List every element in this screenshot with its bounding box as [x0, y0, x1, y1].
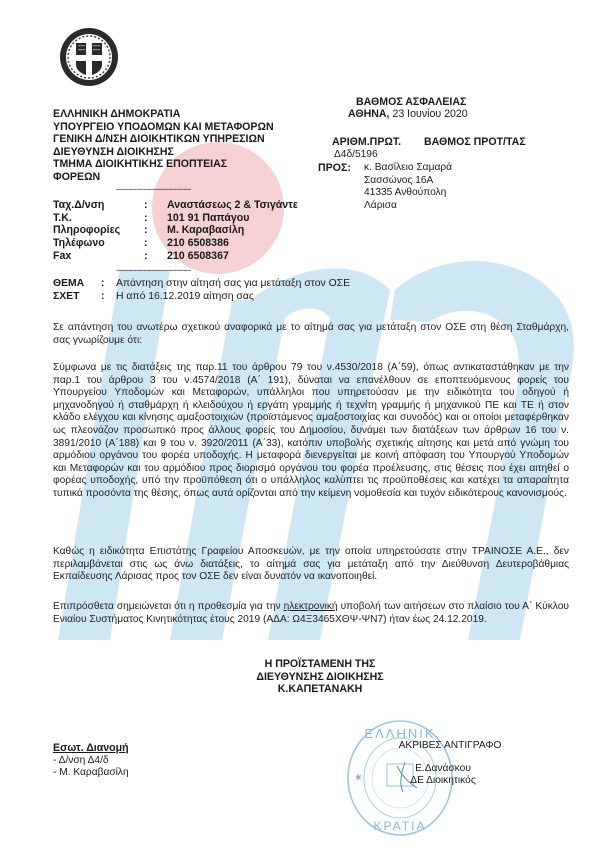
coat-of-arms-icon	[58, 26, 120, 88]
certified-copy-title: ΑΚΡΙΒΕΣ ΑΝΤΙΓΡΑΦΟ	[370, 740, 530, 753]
org-line: ΔΙΕΥΘΥΝΣΗ ΔΙΟΙΚΗΣΗΣ	[53, 146, 274, 159]
place-date: ΑΘΗΝΑ, 23 Ιουνίου 2020	[348, 108, 468, 121]
certified-copy-block: ΑΚΡΙΒΕΣ ΑΝΤΙΓΡΑΦΟ Ε.Δανάσκου ΔΕ Διοικητι…	[370, 740, 530, 788]
contact-info: Ταχ.Δ/νση : Αναστάσεως 2 & Τσιγάντε Τ.Κ.…	[53, 199, 298, 263]
contact-row-info: Πληροφορίες : Μ. Καραβασίλη	[53, 224, 298, 237]
svg-text:ΕΛΛΗΝΙΚ: ΕΛΛΗΝΙΚ	[364, 726, 435, 741]
place: ΑΘΗΝΑ,	[348, 108, 390, 120]
contact-label: Ταχ.Δ/νση	[53, 199, 144, 212]
subject-reference-value: Η από 16.12.2019 αίτηση σας	[116, 291, 254, 304]
signature-line: ΔΙΕΥΘΥΝΣΗΣ ΔΙΟΙΚΗΣΗΣ	[180, 671, 460, 684]
contact-value: 210 6508386	[167, 237, 229, 250]
contact-value: 101 91 Παπάγου	[167, 212, 249, 225]
contact-row-postcode: Τ.Κ. : 101 91 Παπάγου	[53, 212, 298, 225]
org-line: ΓΕΝΙΚΗ Δ/ΝΣΗ ΔΙΟΙΚΗΤΙΚΩΝ ΥΠΗΡΕΣΙΩΝ	[53, 133, 274, 146]
contact-label: Τ.Κ.	[53, 212, 144, 225]
contact-row-fax: Fax : 210 6508367	[53, 250, 298, 263]
distribution-item: - Δ/νση Δ4/δ	[53, 755, 129, 768]
distribution-title: Εσωτ. Διανομή	[53, 742, 129, 755]
underlined-electronic: ηλεκτρονική	[284, 601, 338, 612]
contact-divider: ------------------------------	[116, 265, 191, 275]
internal-distribution: Εσωτ. Διανομή - Δ/νση Δ4/δ - Μ. Καραβασί…	[53, 742, 129, 780]
signature-line: Κ.ΚΑΠΕΤΑΝΑΚΗ	[180, 683, 460, 696]
body-paragraph-1: Σε απάντηση του ανωτέρω σχετικού αναφορι…	[53, 322, 569, 347]
subject-theme: ΘΕΜΑ : Απάντηση στην αίτησή σας για μετά…	[53, 278, 350, 291]
header-divider: ------------------------------	[116, 184, 191, 194]
recipient-line: Σασσώνος 16Α	[364, 175, 452, 188]
org-line: ΥΠΟΥΡΓΕΙΟ ΥΠΟΔΟΜΩΝ ΚΑΙ ΜΕΤΑΦΟΡΩΝ	[53, 121, 274, 134]
certifier-role: ΔΕ Διοικητικός	[356, 775, 530, 788]
distribution-item: - Μ. Καραβασίλη	[53, 767, 129, 780]
contact-value: Μ. Καραβασίλη	[167, 224, 244, 237]
protocol-label: ΑΡΙΘΜ.ΠΡΩΤ.	[332, 136, 401, 149]
recipient-line: 41335 Ανθούπολη	[364, 187, 452, 200]
signature-block: Η ΠΡΟΪΣΤΑΜΕΝΗ ΤΗΣ ΔΙΕΥΘΥΝΣΗΣ ΔΙΟΙΚΗΣΗΣ Κ…	[180, 658, 460, 696]
contact-row-address: Ταχ.Δ/νση : Αναστάσεως 2 & Τσιγάντε	[53, 199, 298, 212]
security-level-label: ΒΑΘΜΟΣ ΑΣΦΑΛΕΙΑΣ	[356, 96, 466, 109]
svg-text:ΚΡΑΤΙΑ: ΚΡΑΤΙΑ	[374, 819, 427, 833]
date: 23 Ιουνίου 2020	[390, 108, 468, 120]
subject-block: ΘΕΜΑ : Απάντηση στην αίτησή σας για μετά…	[53, 278, 350, 303]
to-label: ΠΡΟΣ:	[318, 162, 351, 175]
body-paragraph-4: Επιπρόσθετα σημειώνεται ότι η προθεσμία …	[53, 601, 569, 626]
recipient-line: Λάρισα	[364, 200, 452, 213]
protocol-number: Δ4δ/5196	[334, 149, 378, 162]
recipient-line: κ. Βασίλειο Σαμαρά	[364, 162, 452, 175]
subject-theme-value: Απάντηση στην αίτησή σας για μετάταξη στ…	[116, 278, 350, 291]
org-line: ΕΛΛΗΝΙΚΗ ΔΗΜΟΚΡΑΤΙΑ	[53, 108, 274, 121]
priority-label: ΒΑΘΜΟΣ ΠΡΟΤ/ΤΑΣ	[424, 136, 526, 149]
document-page: ΕΛΛΗΝΙΚΗ ΔΗΜΟΚΡΑΤΙΑ ΥΠΟΥΡΓΕΙΟ ΥΠΟΔΟΜΩΝ Κ…	[0, 0, 613, 861]
contact-label: Fax	[53, 250, 144, 263]
signature-line: Η ΠΡΟΪΣΤΑΜΕΝΗ ΤΗΣ	[180, 658, 460, 671]
contact-row-phone: Τηλέφωνο : 210 6508386	[53, 237, 298, 250]
contact-label: Πληροφορίες	[53, 224, 144, 237]
organization-header: ΕΛΛΗΝΙΚΗ ΔΗΜΟΚΡΑΤΙΑ ΥΠΟΥΡΓΕΙΟ ΥΠΟΔΟΜΩΝ Κ…	[53, 108, 274, 184]
contact-value: Αναστάσεως 2 & Τσιγάντε	[167, 199, 298, 212]
recipient-address: κ. Βασίλειο Σαμαρά Σασσώνος 16Α 41335 Αν…	[364, 162, 452, 212]
org-line: ΦΟΡΕΩΝ	[53, 171, 274, 184]
contact-label: Τηλέφωνο	[53, 237, 144, 250]
body-paragraph-2: Σύμφωνα με τις διατάξεις της παρ.11 του …	[53, 362, 569, 501]
certifier-name: Ε.Δανάσκου	[356, 763, 530, 776]
contact-value: 210 6508367	[167, 250, 229, 263]
org-line: ΤΜΗΜΑ ΔΙΟΙΚΗΤΙΚΗΣ ΕΠΟΠΤΕΙΑΣ	[53, 158, 274, 171]
subject-reference: ΣΧΕΤ : Η από 16.12.2019 αίτηση σας	[53, 291, 350, 304]
body-paragraph-3: Καθώς η ειδικότητα Επιστάτης Γραφείου Απ…	[53, 546, 569, 584]
